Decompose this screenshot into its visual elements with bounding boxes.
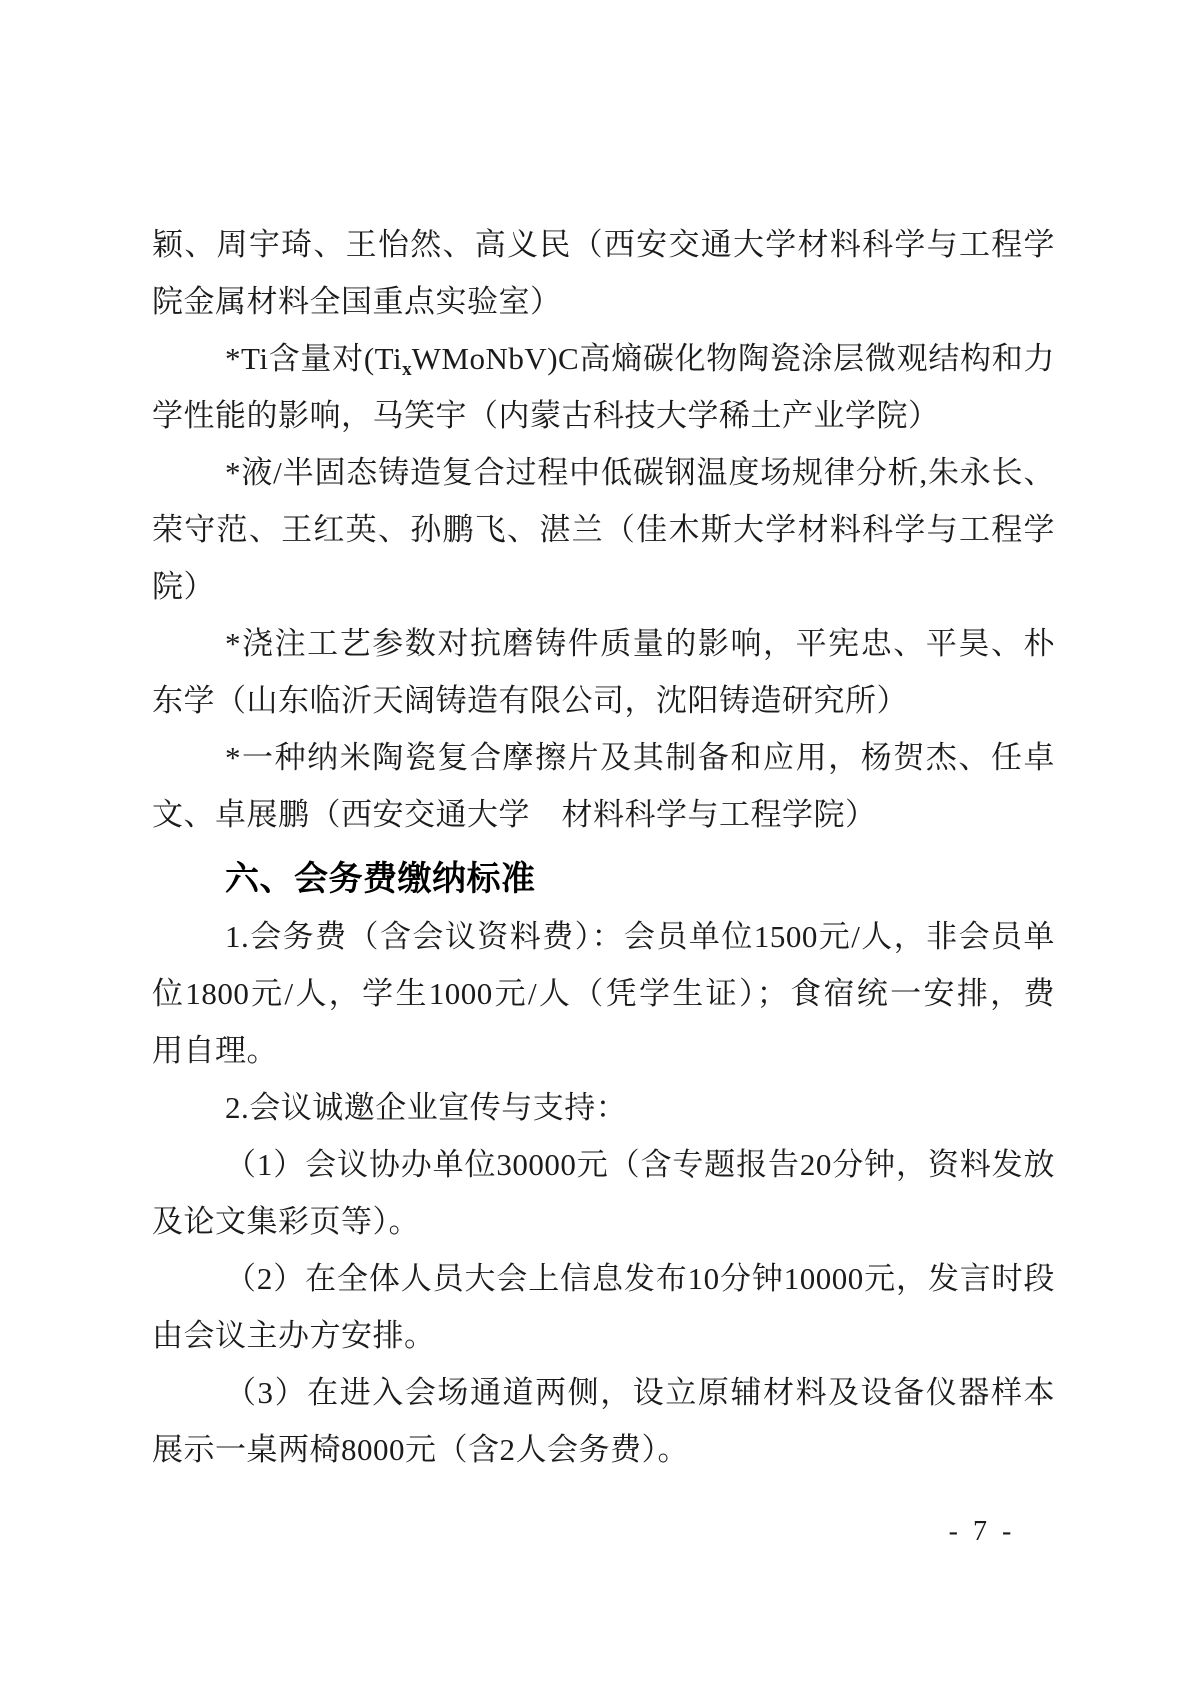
- fee-text-line: 2.会议诚邀企业宣传与支持：: [152, 1079, 1055, 1136]
- paper-list-line: 院金属材料全国重点实验室）: [152, 273, 1055, 330]
- fee-text-line: （3）在进入会场通道两侧，设立原辅材料及设备仪器样本: [152, 1364, 1055, 1421]
- formula-post-text: WMoNbV)C高熵碳化物陶瓷涂层微观结构和力: [412, 341, 1055, 376]
- paper-list-line: 院）: [152, 558, 1055, 615]
- fee-text-line: （1）会议协办单位30000元（含专题报告20分钟，资料发放: [152, 1136, 1055, 1193]
- fee-text-line: 及论文集彩页等）。: [152, 1193, 1055, 1250]
- fee-text-line: 展示一桌两椅8000元（含2人会务费）。: [152, 1421, 1055, 1478]
- fee-text-line: 由会议主办方安排。: [152, 1307, 1055, 1364]
- fee-text-line: 1.会务费（含会议资料费）：会员单位1500元/人，非会员单: [152, 908, 1055, 965]
- paper-list-line: 荣守范、王红英、孙鹏飞、湛兰（佳木斯大学材料科学与工程学: [152, 501, 1055, 558]
- fee-text-line: 位1800元/人，学生1000元/人（凭学生证）；食宿统一安排，费: [152, 965, 1055, 1022]
- paper-list-line: 文、卓展鹏（西安交通大学 材料科学与工程学院）: [152, 786, 1055, 843]
- paper-list-line: *浇注工艺参数对抗磨铸件质量的影响，平宪忠、平昊、朴: [152, 615, 1055, 672]
- document-page: 颖、周宇琦、王怡然、高义民（西安交通大学材料科学与工程学 院金属材料全国重点实验…: [0, 0, 1200, 1696]
- formula-subscript-x: x: [402, 359, 412, 380]
- fee-text-line: （2）在全体人员大会上信息发布10分钟10000元，发言时段: [152, 1250, 1055, 1307]
- paper-list-line-with-formula: *Ti含量对(TixWMoNbV)C高熵碳化物陶瓷涂层微观结构和力: [152, 330, 1055, 387]
- paper-list-line: 学性能的影响，马笑宇（内蒙古科技大学稀土产业学院）: [152, 387, 1055, 444]
- paper-list-line: 东学（山东临沂天阔铸造有限公司，沈阳铸造研究所）: [152, 672, 1055, 729]
- paper-list-line: *一种纳米陶瓷复合摩擦片及其制备和应用，杨贺杰、任卓: [152, 729, 1055, 786]
- formula-pre-text: *Ti含量对(Ti: [225, 341, 402, 376]
- document-body: 颖、周宇琦、王怡然、高义民（西安交通大学材料科学与工程学 院金属材料全国重点实验…: [152, 216, 1055, 1478]
- paper-list-line: 颖、周宇琦、王怡然、高义民（西安交通大学材料科学与工程学: [152, 216, 1055, 273]
- fee-text-line: 用自理。: [152, 1022, 1055, 1079]
- section-heading: 六、会务费缴纳标准: [152, 851, 1055, 908]
- page-number: - 7 -: [902, 1512, 1062, 1552]
- paper-list-line: *液/半固态铸造复合过程中低碳钢温度场规律分析,朱永长、: [152, 444, 1055, 501]
